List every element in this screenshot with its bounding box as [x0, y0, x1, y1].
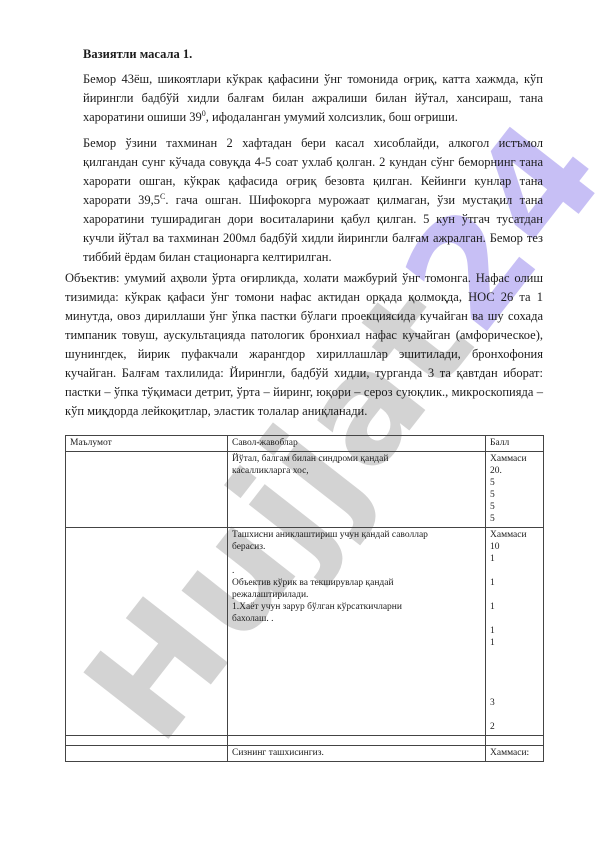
qa-cell: Ташхисни аниклаштириш учун қандай саволл…: [228, 528, 486, 736]
table-header-row: Маълумот Савол-жавоблар Балл: [66, 436, 544, 452]
score-cell: Хаммаси:: [486, 746, 544, 762]
table-row: [66, 736, 544, 746]
table-row: Сизнинг ташхисингиз. Хаммаси:: [66, 746, 544, 762]
qa-cell: [228, 736, 486, 746]
info-cell: [66, 736, 228, 746]
paragraph-objective: Объектив: умумий аҳволи ўрта оғирликда, …: [65, 269, 543, 421]
table-row: Ташхисни аниклаштириш учун қандай саволл…: [66, 528, 544, 736]
qa-cell: Сизнинг ташхисингиз.: [228, 746, 486, 762]
column-header-score: Балл: [486, 436, 544, 452]
table-row: Йўтал, балгам билан синдроми қандай каса…: [66, 452, 544, 528]
document-content: Вазиятли масала 1. Бемор 43ёш, шикоятлар…: [0, 0, 596, 762]
info-cell: [66, 746, 228, 762]
score-cell: [486, 736, 544, 746]
document-page: Hujjat24 Вазиятли масала 1. Бемор 43ёш, …: [0, 0, 596, 842]
column-header-info: Маълумот: [66, 436, 228, 452]
score-cell: Хаммаси 10 1 1 1 1 1 3 2: [486, 528, 544, 736]
qa-score-table: Маълумот Савол-жавоблар Балл Йўтал, балг…: [65, 435, 544, 762]
paragraph-complaints-rest: , ифодаланган умумий холсизлик, бош оғри…: [206, 110, 458, 124]
page-title: Вазиятли масала 1.: [83, 46, 543, 63]
qa-cell: Йўтал, балгам билан синдроми қандай каса…: [228, 452, 486, 528]
paragraph-complaints: Бемор 43ёш, шикоятлари кўкрак қафасини ў…: [83, 70, 543, 127]
paragraph-history: Бемор ўзини тахминан 2 хафтадан бери кас…: [83, 134, 543, 267]
score-cell: Хаммаси 20. 5 5 5 5: [486, 452, 544, 528]
info-cell: [66, 452, 228, 528]
info-cell: [66, 528, 228, 736]
column-header-qa: Савол-жавоблар: [228, 436, 486, 452]
